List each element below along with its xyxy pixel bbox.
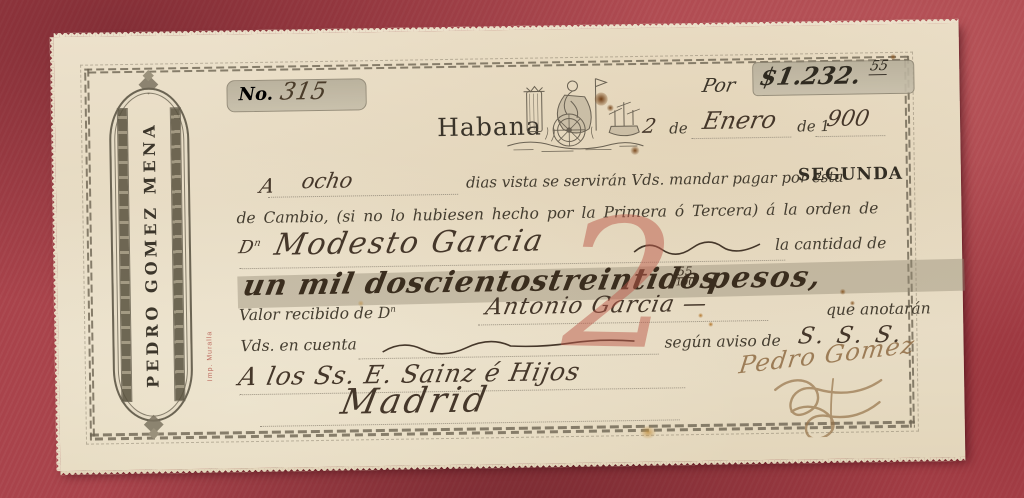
amount-currency-word: pesos, <box>706 259 826 295</box>
term-value: ocho <box>300 168 355 193</box>
side-cartouche: PEDRO GOMEZ MENA <box>98 81 203 429</box>
payer-rule <box>478 320 768 326</box>
amount-fraction: 55 100 <box>675 265 694 288</box>
value-received-main: Valor recibido de D <box>239 304 391 324</box>
payer-name: Antonio Garcia — <box>483 291 709 321</box>
leather-background: PEDRO GOMEZ MENA Imp. Muralla No. 315 Po… <box>0 0 1024 498</box>
term-article: A <box>258 174 277 198</box>
fox-spot <box>708 322 713 327</box>
annotation-text: que anotarán <box>826 299 931 319</box>
fox-spot <box>640 426 656 439</box>
perforated-edge-top <box>54 19 959 37</box>
value-received-sup: n <box>390 305 396 315</box>
serial-number-label: No. <box>238 84 273 106</box>
signature-flourish-icon <box>747 361 928 438</box>
date-de1: de <box>669 119 688 137</box>
bill-of-exchange-document: PEDRO GOMEZ MENA Imp. Muralla No. 315 Po… <box>54 23 966 471</box>
date-year-rule <box>815 135 885 137</box>
perforated-edge-bottom <box>60 457 965 475</box>
term-rule <box>268 194 458 198</box>
allegory-vignette-icon <box>502 72 645 156</box>
account-text: Vds. en cuenta <box>240 335 357 355</box>
copy-rank-label: SEGUNDA <box>798 164 903 186</box>
clause-sight-text: dias vista se servirán Vds. mandar pagar… <box>466 168 844 192</box>
date-month-rule <box>691 137 791 140</box>
amount-cents: 55 <box>869 58 890 75</box>
clause-amount-intro: la cantidad de <box>775 234 887 254</box>
date-year: 900 <box>825 106 872 132</box>
filler-squiggle-icon <box>632 240 764 258</box>
payee-name: Modesto Garcia <box>271 223 547 262</box>
chain-border-left <box>84 69 95 441</box>
don-sup: n <box>253 238 262 249</box>
por-label: Por <box>700 74 737 97</box>
value-received-text: Valor recibido de Dn <box>239 304 396 324</box>
amount-figures: $1.232. <box>757 60 863 91</box>
serial-number-label-text: No. <box>238 84 273 106</box>
clause-exchange-text: de Cambio, (si no lo hubiesen hecho por … <box>236 199 878 227</box>
perforated-edge-left <box>50 37 61 471</box>
printer-imprint: Imp. Muralla <box>206 331 214 382</box>
fraction-denominator: 100 <box>676 278 695 288</box>
date-month: Enero <box>700 106 779 135</box>
drawee-city: Madrid <box>337 380 492 422</box>
serial-number-value: 315 <box>278 77 329 106</box>
don-abbrev: Dn <box>237 237 262 258</box>
